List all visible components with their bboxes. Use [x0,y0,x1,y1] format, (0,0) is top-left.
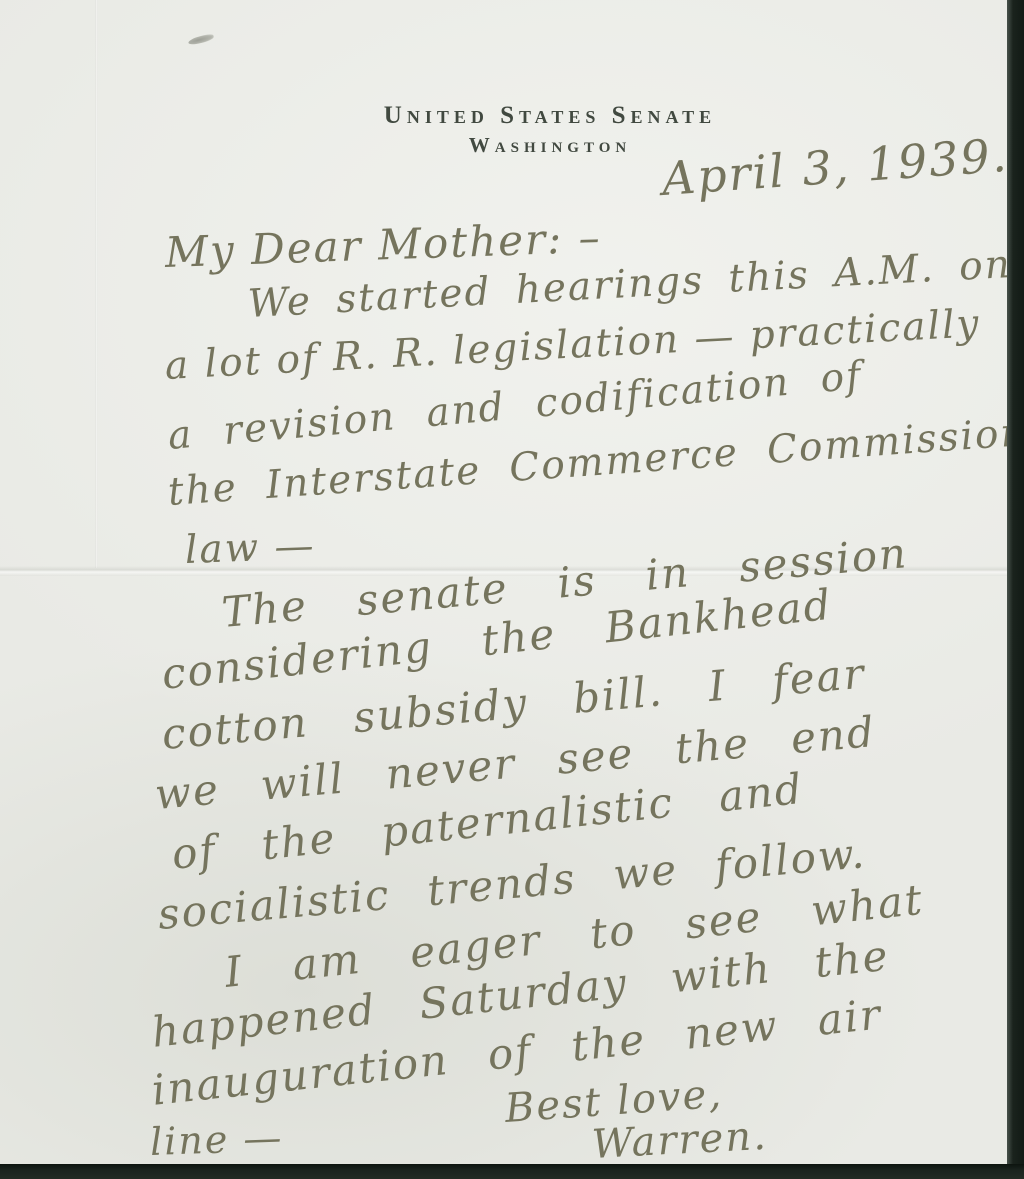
letter-scan: United States Senate Washington April 3,… [0,0,1024,1179]
scan-backing-bottom [0,1164,1024,1179]
letter-paper: United States Senate Washington April 3,… [0,0,1008,1165]
ink-smudge [188,33,215,46]
paper-crease-vertical [95,0,98,568]
handwriting-line: line — [149,1115,284,1164]
handwriting-line: law — [184,523,316,573]
signature: Warren. [591,1113,769,1168]
scan-backing-right [1007,0,1024,1179]
letterhead-title: United States Senate [94,102,1006,130]
